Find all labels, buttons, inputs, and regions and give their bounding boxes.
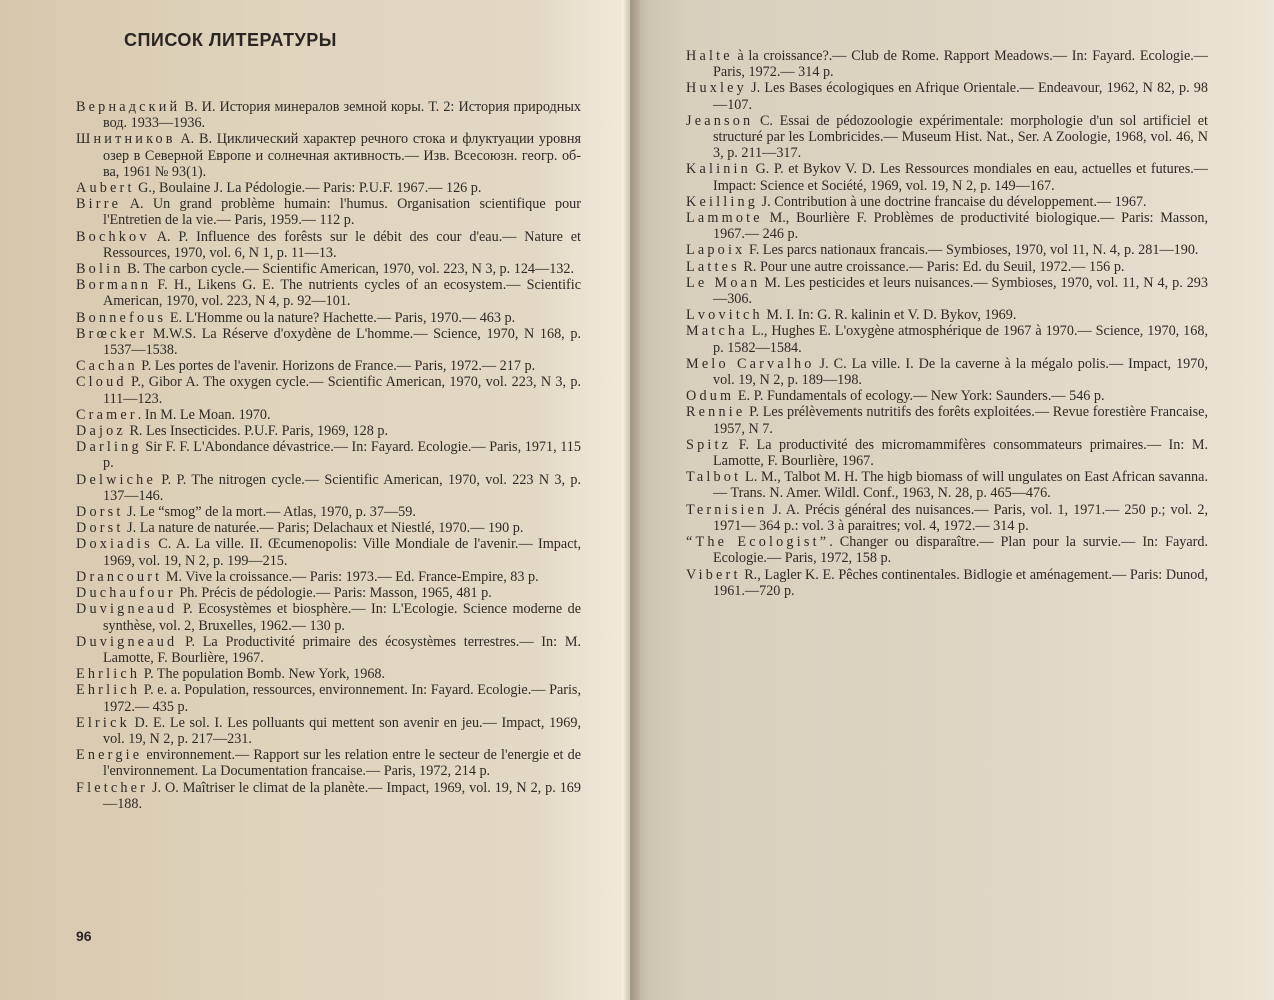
reference-author: Bolin xyxy=(76,261,124,277)
reference-author: Brœcker xyxy=(76,326,147,342)
reference-text: L., Hughes E. L'oxygène atmosphérique de… xyxy=(713,323,1208,355)
reference-list-right: Halte à la croissance?.— Club de Rome. R… xyxy=(686,48,1208,599)
reference-author: Halte xyxy=(686,48,733,64)
reference-text: C. A. La ville. II. Œcumenopolis: Ville … xyxy=(103,536,581,568)
reference-author: Dajoz xyxy=(76,423,126,439)
reference-text: P. The population Bomb. New York, 1968. xyxy=(140,666,385,682)
reference-text: R. Pour une autre croissance.— Paris: Ed… xyxy=(740,259,1125,275)
reference-author: Rennie xyxy=(686,404,745,420)
reference-author: Jeanson xyxy=(686,113,753,129)
reference-entry: Dorst J. Le “smog” de la mort.— Atlas, 1… xyxy=(76,504,581,520)
reference-author: Keilling xyxy=(686,194,758,210)
reference-author: Doxiadis xyxy=(76,536,153,552)
reference-author: Lapoix xyxy=(686,242,745,258)
page-number: 96 xyxy=(76,928,92,944)
reference-author: Fletcher xyxy=(76,780,148,796)
reference-author: Huxley xyxy=(686,80,747,96)
reference-author: Darling xyxy=(76,439,142,455)
reference-text: M. Les pesticides et leurs nuisances.— S… xyxy=(713,275,1208,307)
reference-text: E. L'Homme ou la nature? Hachette.— Pari… xyxy=(166,310,515,326)
reference-entry: Melo Carvalho J. C. La ville. I. De la c… xyxy=(686,356,1208,388)
reference-text: M.W.S. La Réserve d'oxydène de L'homme.—… xyxy=(103,326,581,358)
reference-entry: Fletcher J. O. Maîtriser le climat de la… xyxy=(76,780,581,812)
reference-entry: Keilling J. Contribution à une doctrine … xyxy=(686,194,1208,210)
reference-entry: Drancourt M. Vive la croissance.— Paris:… xyxy=(76,569,581,585)
reference-text: E. P. Fundamentals of ecology.— New York… xyxy=(734,388,1104,404)
reference-text: P. e. a. Population, ressources, environ… xyxy=(103,682,581,714)
reference-text: P., Gibor A. The oxygen cycle.— Scientif… xyxy=(103,374,581,406)
reference-text: B. The carbon cycle.— Scientific America… xyxy=(124,261,575,277)
reference-text: P. P. The nitrogen cycle.— Scientific Am… xyxy=(103,472,581,504)
reference-entry: Bormann F. H., Likens G. E. The nutrient… xyxy=(76,277,581,309)
reference-entry: Kalinin G. P. et Bykov V. D. Les Ressour… xyxy=(686,161,1208,193)
reference-entry: “The Ecologist”. Changer ou disparaître.… xyxy=(686,534,1208,566)
reference-text: R., Lagler K. E. Pêches continentales. B… xyxy=(713,567,1208,599)
reference-entry: Cramer. In M. Le Moan. 1970. xyxy=(76,407,581,423)
reference-author: Lammote xyxy=(686,210,763,226)
reference-author: Aubert xyxy=(76,180,135,196)
reference-entry: Шнитников А. В. Циклический характер реч… xyxy=(76,131,581,180)
reference-text: D. E. Le sol. I. Les polluants qui mette… xyxy=(103,715,581,747)
reference-text: R. Les Insecticides. P.U.F. Paris, 1969,… xyxy=(126,423,388,439)
reference-entry: Bochkov A. P. Influence des forêsts sur … xyxy=(76,229,581,261)
reference-entry: Duvigneaud P. La Productivité primaire d… xyxy=(76,634,581,666)
reference-entry: Halte à la croissance?.— Club de Rome. R… xyxy=(686,48,1208,80)
reference-text: Ph. Précis de pédologie.— Paris: Masson,… xyxy=(176,585,492,601)
reference-text: à la croissance?.— Club de Rome. Rapport… xyxy=(713,48,1208,80)
reference-entry: Odum E. P. Fundamentals of ecology.— New… xyxy=(686,388,1208,404)
reference-entry: Doxiadis C. A. La ville. II. Œcumenopoli… xyxy=(76,536,581,568)
reference-entry: Rennie P. Les prélèvements nutritifs des… xyxy=(686,404,1208,436)
reference-author: Kalinin xyxy=(686,161,751,177)
reference-text: M., Bourlière F. Problèmes de productivi… xyxy=(713,210,1208,242)
reference-text: A. Un grand problème humain: l'humus. Or… xyxy=(103,196,581,228)
reference-entry: Вернадский В. И. История минералов земно… xyxy=(76,99,581,131)
reference-entry: Ternisien J. A. Précis général des nuisa… xyxy=(686,502,1208,534)
reference-entry: Cachan P. Les portes de l'avenir. Horizo… xyxy=(76,358,581,374)
reference-text: M. Vive la croissance.— Paris: 1973.— Ed… xyxy=(162,569,538,585)
reference-entry: Aubert G., Boulaine J. La Pédologie.— Pa… xyxy=(76,180,581,196)
reference-text: J. Les Bases écologiques en Afrique Orie… xyxy=(713,80,1208,112)
reference-text: P. Les portes de l'avenir. Horizons de F… xyxy=(138,358,535,374)
reference-text: A. P. Influence des forêsts sur le débit… xyxy=(103,229,581,261)
reference-entry: Lammote M., Bourlière F. Problèmes de pr… xyxy=(686,210,1208,242)
page-title: СПИСОК ЛИТЕРАТУРЫ xyxy=(124,30,337,51)
reference-text: C. Essai de pédozoologie expérimentale: … xyxy=(713,113,1208,161)
reference-author: Birre xyxy=(76,196,121,212)
reference-entry: Lvovitch M. I. In: G. R. kalinin et V. D… xyxy=(686,307,1208,323)
reference-author: Bonnefous xyxy=(76,310,166,326)
reference-author: Energie xyxy=(76,747,142,763)
reference-entry: Energie environnement.— Rapport sur les … xyxy=(76,747,581,779)
reference-author: Dorst xyxy=(76,504,124,520)
reference-author: Le Moan xyxy=(686,275,760,291)
reference-entry: Spitz F. La productivité des micromammif… xyxy=(686,437,1208,469)
reference-text: J. A. Précis général des nuisances.— Par… xyxy=(713,502,1208,534)
reference-entry: Delwiche P. P. The nitrogen cycle.— Scie… xyxy=(76,472,581,504)
book-gutter xyxy=(622,0,640,1000)
reference-author: Melo Carvalho xyxy=(686,356,815,372)
reference-author: Cachan xyxy=(76,358,138,374)
reference-entry: Lattes R. Pour une autre croissance.— Pa… xyxy=(686,259,1208,275)
reference-entry: Cloud P., Gibor A. The oxygen cycle.— Sc… xyxy=(76,374,581,406)
reference-author: Spitz xyxy=(686,437,731,453)
reference-author: Lvovitch xyxy=(686,307,763,323)
reference-entry: Lapoix F. Les parcs nationaux francais.—… xyxy=(686,242,1208,258)
reference-entry: Bolin B. The carbon cycle.— Scientific A… xyxy=(76,261,581,277)
reference-text: . In M. Le Moan. 1970. xyxy=(138,407,271,423)
reference-text: P. Les prélèvements nutritifs des forêts… xyxy=(713,404,1208,436)
reference-text: environnement.— Rapport sur les relation… xyxy=(103,747,581,779)
reference-author: Cramer xyxy=(76,407,138,423)
reference-entry: Matcha L., Hughes E. L'oxygène atmosphér… xyxy=(686,323,1208,355)
reference-author: Bormann xyxy=(76,277,151,293)
reference-author: Duchaufour xyxy=(76,585,176,601)
reference-text: А. В. Циклический характер речного стока… xyxy=(103,131,581,179)
reference-entry: Birre A. Un grand problème humain: l'hum… xyxy=(76,196,581,228)
reference-text: J. Contribution à une doctrine francaise… xyxy=(758,194,1146,210)
reference-entry: Le Moan M. Les pesticides et leurs nuisa… xyxy=(686,275,1208,307)
reference-author: Odum xyxy=(686,388,734,404)
reference-author: Вернадский xyxy=(76,99,180,115)
reference-author: Cloud xyxy=(76,374,127,390)
reference-text: F. H., Likens G. E. The nutrients cycles… xyxy=(103,277,581,309)
reference-author: Bochkov xyxy=(76,229,150,245)
reference-author: Dorst xyxy=(76,520,124,536)
reference-author: Ternisien xyxy=(686,502,767,518)
reference-entry: Elrick D. E. Le sol. I. Les polluants qu… xyxy=(76,715,581,747)
reference-author: Lattes xyxy=(686,259,740,275)
reference-entry: Brœcker M.W.S. La Réserve d'oxydène de L… xyxy=(76,326,581,358)
reference-text: G., Boulaine J. La Pédologie.— Paris: P.… xyxy=(135,180,482,196)
reference-author: Elrick xyxy=(76,715,130,731)
reference-author: Ehrlich xyxy=(76,682,140,698)
reference-author: Drancourt xyxy=(76,569,162,585)
reference-author: Duvigneaud xyxy=(76,601,177,617)
reference-entry: Bonnefous E. L'Homme ou la nature? Hache… xyxy=(76,310,581,326)
reference-author: Talbot xyxy=(686,469,741,485)
reference-author: Ehrlich xyxy=(76,666,140,682)
reference-entry: Dajoz R. Les Insecticides. P.U.F. Paris,… xyxy=(76,423,581,439)
reference-entry: Duvigneaud P. Ecosystèmes et biosphère.—… xyxy=(76,601,581,633)
reference-author: Matcha xyxy=(686,323,748,339)
reference-text: G. P. et Bykov V. D. Les Ressources mond… xyxy=(713,161,1208,193)
reference-list-left: Вернадский В. И. История минералов земно… xyxy=(76,99,581,812)
reference-entry: Ehrlich P. e. a. Population, ressources,… xyxy=(76,682,581,714)
reference-text: J. O. Maîtriser le climat de la planète.… xyxy=(103,780,581,812)
reference-text: J. Le “smog” de la mort.— Atlas, 1970, p… xyxy=(124,504,416,520)
reference-entry: Ehrlich P. The population Bomb. New York… xyxy=(76,666,581,682)
reference-text: Sir F. F. L'Abondance dévastrice.— In: F… xyxy=(103,439,581,471)
reference-text: L. M., Talbot M. H. The higb biomass of … xyxy=(713,469,1208,501)
reference-author: Duvigneaud xyxy=(76,634,177,650)
reference-author: Шнитников xyxy=(76,131,176,147)
reference-author: “The Ecologist” xyxy=(686,534,829,550)
reference-text: F. Les parcs nationaux francais.— Symbio… xyxy=(745,242,1198,258)
reference-text: J. La nature de naturée.— Paris; Delacha… xyxy=(124,520,524,536)
reference-author: Vibert xyxy=(686,567,741,583)
reference-entry: Jeanson C. Essai de pédozoologie expérim… xyxy=(686,113,1208,162)
reference-entry: Dorst J. La nature de naturée.— Paris; D… xyxy=(76,520,581,536)
reference-entry: Huxley J. Les Bases écologiques en Afriq… xyxy=(686,80,1208,112)
reference-text: M. I. In: G. R. kalinin et V. D. Bykov, … xyxy=(763,307,1017,323)
reference-text: F. La productivité des micromammifères c… xyxy=(713,437,1208,469)
reference-entry: Duchaufour Ph. Précis de pédologie.— Par… xyxy=(76,585,581,601)
left-page: СПИСОК ЛИТЕРАТУРЫ Вернадский В. И. Истор… xyxy=(0,0,630,1000)
reference-author: Delwiche xyxy=(76,472,156,488)
reference-entry: Darling Sir F. F. L'Abondance dévastrice… xyxy=(76,439,581,471)
reference-entry: Vibert R., Lagler K. E. Pêches continent… xyxy=(686,567,1208,599)
reference-entry: Talbot L. M., Talbot M. H. The higb biom… xyxy=(686,469,1208,501)
